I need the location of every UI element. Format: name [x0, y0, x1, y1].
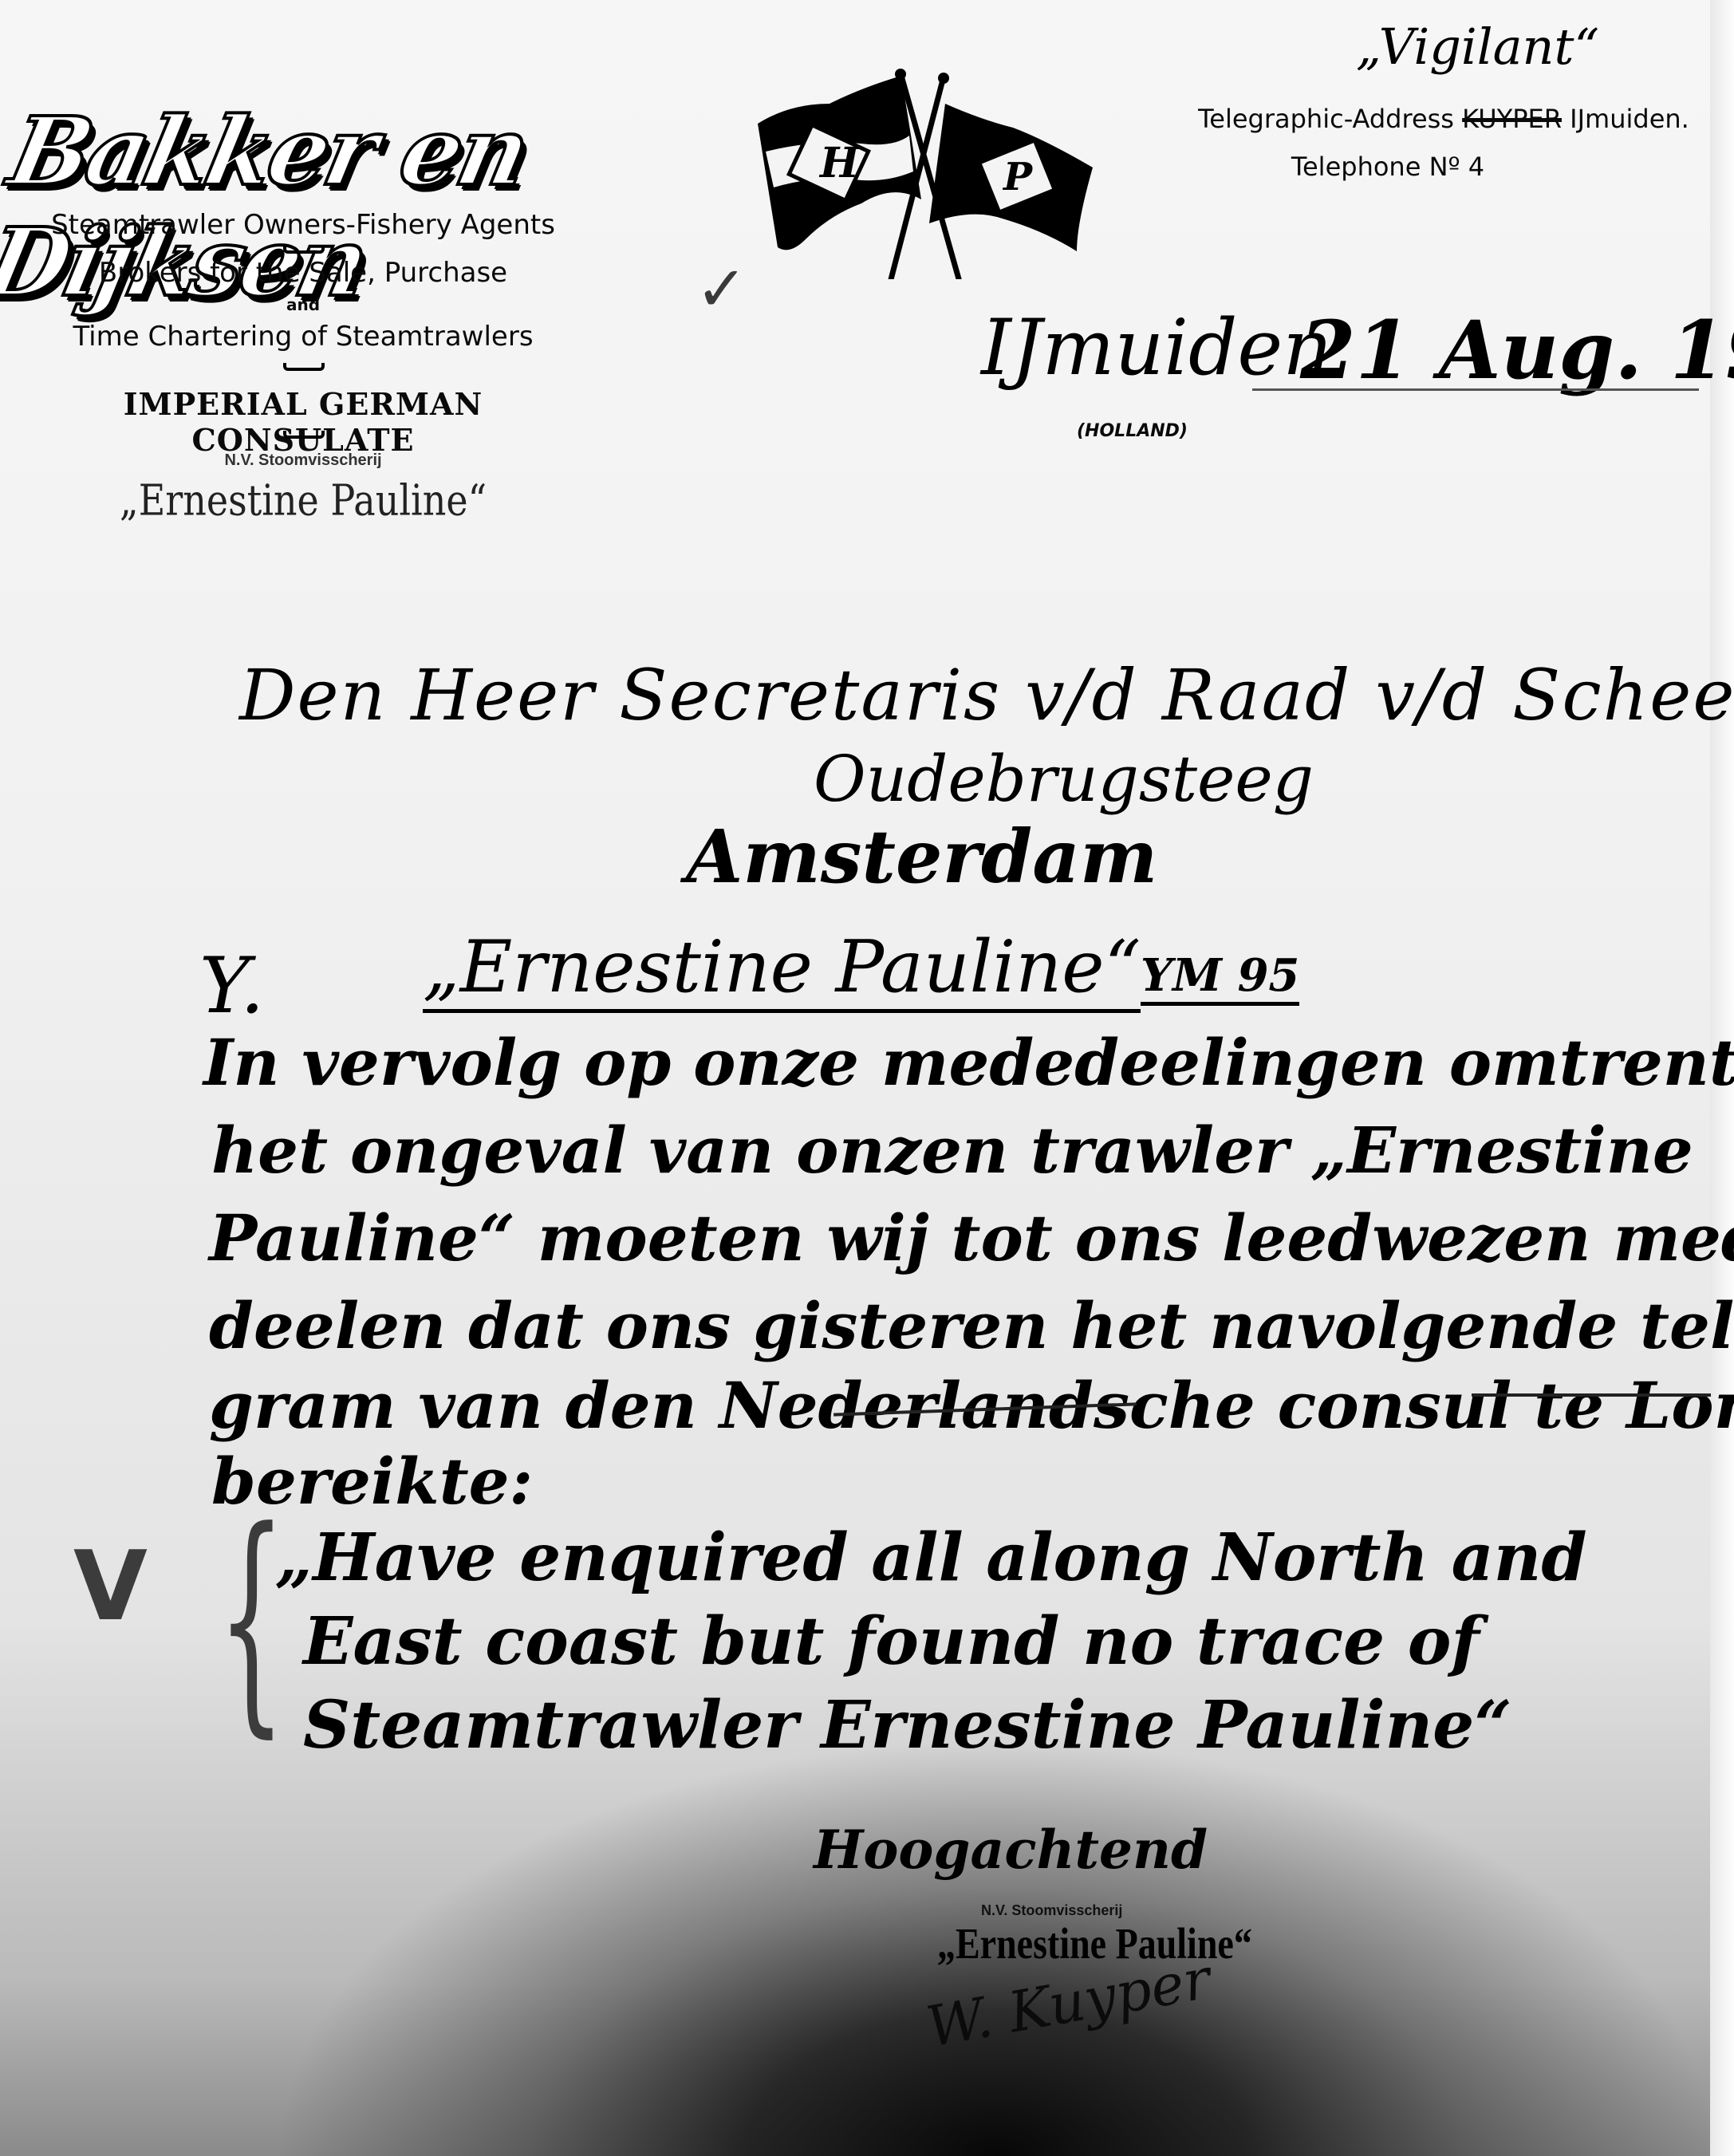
closing-stamp-company: N.V. Stoomvisscherij [981, 1902, 1122, 1919]
stamp-company: N.V. Stoomvisscherij [8, 451, 598, 470]
subject-registration: YM 95 [1141, 949, 1299, 1006]
stamp-vessel-name: „Ernestine Pauline“ [8, 475, 598, 525]
telegraphic-label: Telegraphic-Address [1198, 104, 1454, 134]
letterhead-line-and: and [8, 295, 598, 314]
svg-text:P: P [1002, 155, 1034, 199]
quote-line-1: „Have enquired all along North and [275, 1519, 1587, 1596]
body-line-4: deelen dat ons gisteren het navolgende t… [209, 1288, 1734, 1363]
telegraphic-handwritten: „Vigilant“ [1356, 18, 1599, 76]
subject-prefix: Y. [199, 941, 265, 1031]
svg-text:H: H [818, 139, 861, 187]
quote-line-3: Steamtrawler Ernestine Pauline“ [303, 1687, 1512, 1764]
letterhead-line-1: Steamtrawler Owners-Fishery Agents [8, 209, 598, 241]
telegraphic-struck-word: KUYPER [1462, 104, 1562, 134]
recipient-line-1: Den Heer Secretaris v/d Raad v/d Scheepv… [239, 654, 1734, 736]
body-line-1: In vervolg op onze mededeelingen omtrent [203, 1025, 1734, 1100]
closing-salutation: Hoogachtend [814, 1819, 1208, 1881]
telegraphic-address: Telegraphic-Address KUYPER IJmuiden. [1165, 104, 1723, 134]
dateline-country: (HOLLAND) [1077, 421, 1188, 441]
check-mark-icon: ✓ [696, 254, 747, 325]
dateline-date: 21 Aug. 1917 [1300, 303, 1734, 397]
consulate-title: IMPERIAL GERMAN CONSULATE [8, 386, 598, 458]
dateline-place: IJmuiden [981, 303, 1332, 392]
telegraphic-city: IJmuiden. [1570, 104, 1689, 134]
body-line-3: Pauline“ moeten wij tot ons leedwezen me… [209, 1200, 1734, 1275]
margin-check-mark: V [73, 1531, 148, 1642]
underline-stroke [1472, 1393, 1711, 1397]
recipient-line-2: Oudebrugsteeg [814, 742, 1314, 816]
ornament-divider [283, 363, 325, 371]
letterhead-line-2: Brokers for the Sale, Purchase [8, 257, 598, 289]
body-line-5: gram van den Nederlandsche consul te Lon… [209, 1368, 1734, 1443]
body-line-2: het ongeval van onzen trawler „Ernestine [211, 1113, 1693, 1188]
ornament-divider [283, 246, 325, 254]
crossed-flags-icon: H P [742, 48, 1125, 279]
ornament-divider [283, 431, 325, 439]
dateline-rule [1252, 388, 1699, 391]
quote-line-2: East coast but found no trace of [303, 1603, 1480, 1680]
letterhead-line-3: Time Chartering of Steamtrawlers [8, 321, 598, 353]
telephone-number: Telephone Nº 4 [1165, 152, 1611, 182]
subject-vessel: „Ernestine Pauline“ [423, 925, 1141, 1013]
recipient-line-3: Amsterdam [686, 814, 1157, 900]
